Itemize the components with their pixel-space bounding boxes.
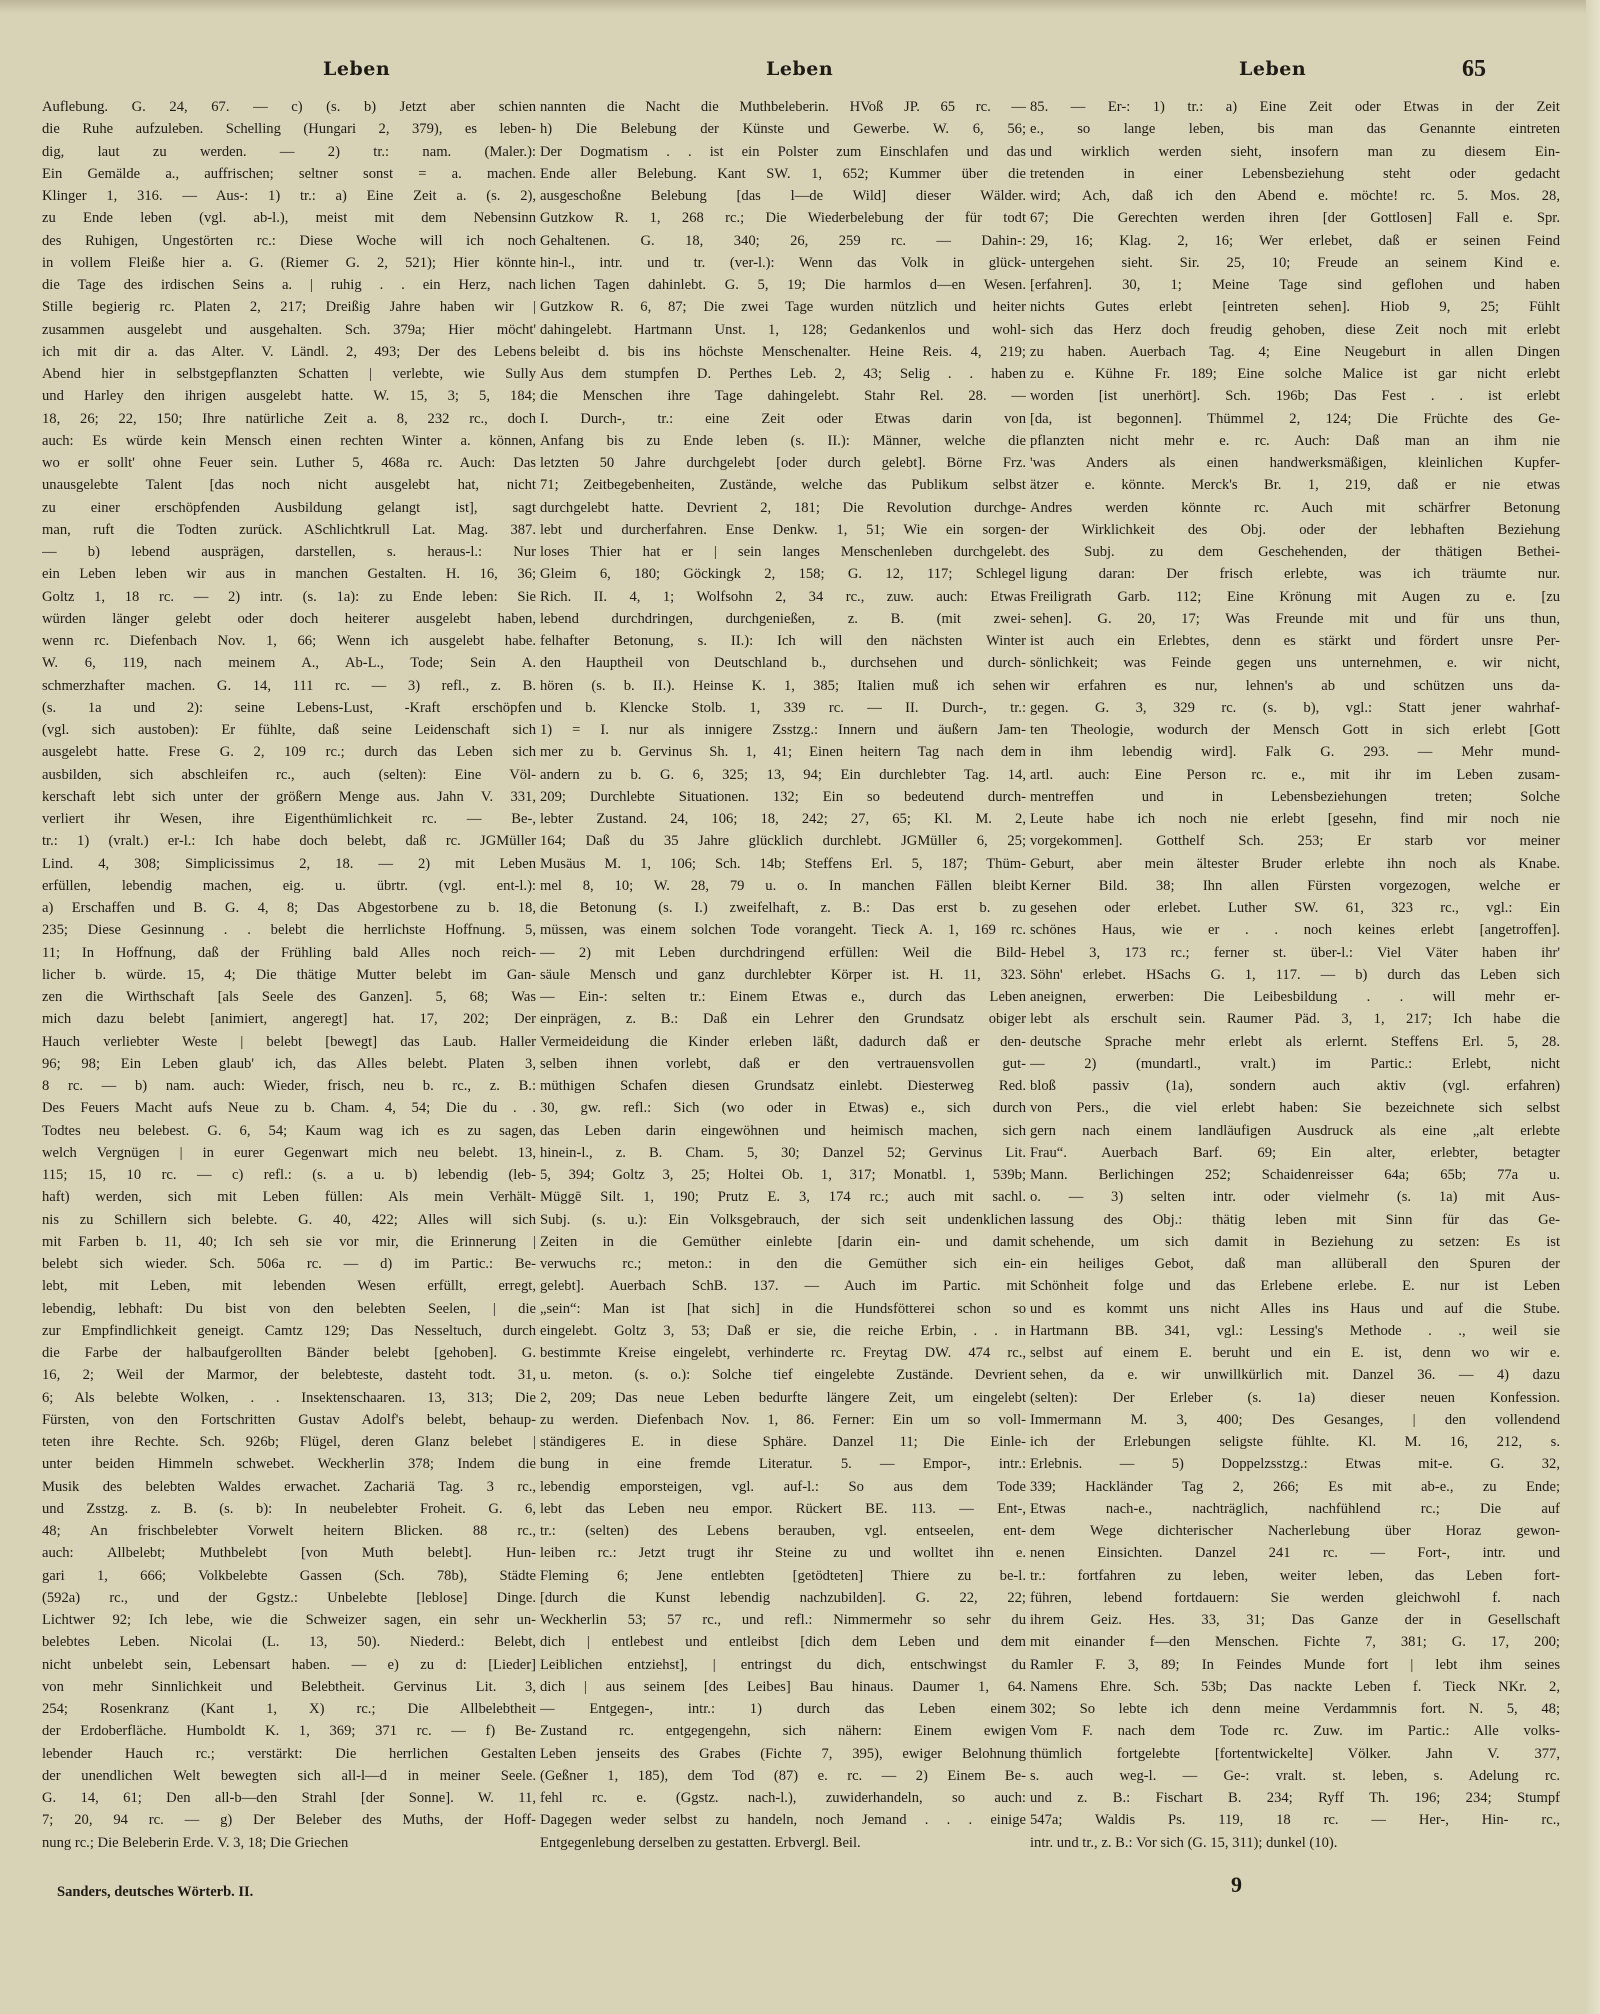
text-line: verwuchs rc.; meton.: in den die Gemüthe… bbox=[540, 1253, 1026, 1275]
text-line: 2, 209; Das neue Leben bedurfte längere … bbox=[540, 1387, 1026, 1409]
text-line: 16, 2; Weil der Marmor, der belebteste, … bbox=[42, 1364, 536, 1386]
text-line: dem Wege dichterischer Nacherlebung über… bbox=[1030, 1520, 1560, 1542]
text-line: felhafter Betonung, s. II.): Ich will de… bbox=[540, 630, 1026, 652]
text-line: hinein-l., z. B. Cham. 5, 30; Danzel 52;… bbox=[540, 1142, 1026, 1164]
text-line: ätzer e. könnte. Merck's Br. 1, 219, daß… bbox=[1030, 474, 1560, 496]
text-line: s. auch weg-l. — Ge-: vralt. st. leben, … bbox=[1030, 1765, 1560, 1787]
text-line: 18, 26; 22, 150; Ihre natürliche Zeit a.… bbox=[42, 408, 536, 430]
text-line: tretenden in einer Lebensbeziehung steht… bbox=[1030, 163, 1560, 185]
text-line: [da, ist begonnen]. Thümmel 2, 124; Die … bbox=[1030, 408, 1560, 430]
text-line: Lichtwer 92; Ich lebe, wie die Schweizer… bbox=[42, 1609, 536, 1631]
text-line: den Hauptheil von Deutschland b., durchs… bbox=[540, 652, 1026, 674]
text-line: (592a) rc., und der Ggstz.: Unbelebte [l… bbox=[42, 1587, 536, 1609]
text-line: erfüllen, lebendig machen, eig. u. übrtr… bbox=[42, 875, 536, 897]
text-line: zen die Wirthschaft [als Seele des Ganze… bbox=[42, 986, 536, 1008]
text-line: des Subj. zu dem Geschehenden, der thäti… bbox=[1030, 541, 1560, 563]
text-line: lassung des Obj.: thätig leben mit Sinn … bbox=[1030, 1209, 1560, 1231]
text-line: nannten die Nacht die Muthbeleberin. HVo… bbox=[540, 96, 1026, 118]
text-line: 235; Diese Gesinnung . . belebt die herr… bbox=[42, 919, 536, 941]
text-line: [erfahren]. 30, 1; Meine Tage sind geflo… bbox=[1030, 274, 1560, 296]
text-line: 1) = I. nur als innigere Zsstzg.: Innern… bbox=[540, 719, 1026, 741]
text-line: licher b. würde. 15, 4; Die thätige Mutt… bbox=[42, 964, 536, 986]
text-line: tr.: 1) (vralt.) er-l.: Ich habe doch be… bbox=[42, 830, 536, 852]
text-line: fehl rc. e. (Ggstz. nach-l.), zuwiderhan… bbox=[540, 1787, 1026, 1809]
text-line: Etwas nach-e., nachträglich, nachfühlend… bbox=[1030, 1498, 1560, 1520]
text-line: Ende aller Belebung. Kant SW. 1, 652; Ku… bbox=[540, 163, 1026, 185]
text-line: schmerzhafter machen. G. 14, 111 rc. — 3… bbox=[42, 675, 536, 697]
text-line: Gleim 6, 180; Göckingk 2, 158; G. 12, 11… bbox=[540, 563, 1026, 585]
text-line: bung in eine fremde Literatur. 5. — Empo… bbox=[540, 1453, 1026, 1475]
text-line: sehen, da e. wir unwillkürlich mit. Danz… bbox=[1030, 1364, 1560, 1386]
text-line: würden länger gelebt oder doch heiterer … bbox=[42, 608, 536, 630]
text-line: die Menschen ihre Tage dahingelebt. Stah… bbox=[540, 385, 1026, 407]
text-line: belebtes Leben. Nicolai (L. 13, 50). Nie… bbox=[42, 1631, 536, 1653]
text-line: mentreffen und in Lebensbeziehungen tret… bbox=[1030, 786, 1560, 808]
text-line: gesehen oder erlebet. Luther SW. 61, 323… bbox=[1030, 897, 1560, 919]
text-line: deutsche Sprache mehr erlebt als erlernt… bbox=[1030, 1031, 1560, 1053]
text-line: Frau“. Auerbach Barf. 69; Ein alter, erl… bbox=[1030, 1142, 1560, 1164]
text-line: ich der Erlebungen seligste fühlte. Kl. … bbox=[1030, 1431, 1560, 1453]
text-line: ständigeres E. in diese Sphäre. Danzel 1… bbox=[540, 1431, 1026, 1453]
text-line: der Erdoberfläche. Humboldt K. 1, 369; 3… bbox=[42, 1720, 536, 1742]
text-line: a) Erschaffen und B. G. 4, 8; Das Abgest… bbox=[42, 897, 536, 919]
text-line: belebt sich wieder. Sch. 506a rc. — d) i… bbox=[42, 1253, 536, 1275]
text-line: 96; 98; Ein Leben glaub' ich, das Alles … bbox=[42, 1053, 536, 1075]
text-line: (Geßner 1, 185), dem Tod (87) e. rc. — 2… bbox=[540, 1765, 1026, 1787]
text-line: einprägen, z. B.: Daß ein Lehrer den Gru… bbox=[540, 1008, 1026, 1030]
text-line: Subj. (s. u.): Ein Volksgebrauch, der si… bbox=[540, 1209, 1026, 1231]
text-line: verliert ihr Wesen, ihre Eigenthümlichke… bbox=[42, 808, 536, 830]
text-line: wenn rc. Diefenbach Nov. 1, 66; Wenn ich… bbox=[42, 630, 536, 652]
text-line: zu haben. Auerbach Tag. 4; Eine Neugebur… bbox=[1030, 341, 1560, 363]
text-line: und z. B.: Fischart B. 234; Ryff Th. 196… bbox=[1030, 1787, 1560, 1809]
page-number: 65 bbox=[1462, 56, 1486, 83]
text-line: Hauch verliebter Weste | belebt [bewegt]… bbox=[42, 1031, 536, 1053]
text-line: dich | aus seinem [des Leibes] Bau hinau… bbox=[540, 1676, 1026, 1698]
text-line: die Betonung (s. I.) zweifelhaft, z. B.:… bbox=[540, 897, 1026, 919]
text-line: zusammen ausgelebt und ausgehalten. Sch.… bbox=[42, 319, 536, 341]
text-line: — b) lebend ausprägen, darstellen, s. he… bbox=[42, 541, 536, 563]
text-line: sönlichkeit; was Feinde gegen uns untern… bbox=[1030, 652, 1560, 674]
text-line: gern nach einem landläufigen Ausdruck al… bbox=[1030, 1120, 1560, 1142]
text-line: Aus dem stumpfen D. Perthes Leb. 2, 43; … bbox=[540, 363, 1026, 385]
text-line: teten ihre Rechte. Sch. 926b; Flügel, de… bbox=[42, 1431, 536, 1453]
text-line: ihrem Geiz. Hes. 33, 31; Das Ganze der i… bbox=[1030, 1609, 1560, 1631]
text-line: dahingelebt. Hartmann Unst. 1, 128; Geda… bbox=[540, 319, 1026, 341]
text-line: andern zu b. G. 6, 325; 13, 94; Ein durc… bbox=[540, 764, 1026, 786]
text-line: Kerner Bild. 38; Ihn allen Fürsten vorge… bbox=[1030, 875, 1560, 897]
text-line: Gehaltenen. G. 18, 340; 26, 259 rc. — Da… bbox=[540, 230, 1026, 252]
text-line: das Leben darin eingewöhnen und heimisch… bbox=[540, 1120, 1026, 1142]
text-line: auch: Allbelebt; Muthbelebt [von Muth be… bbox=[42, 1542, 536, 1564]
text-line: sich das Herz doch freudig gehoben, dies… bbox=[1030, 319, 1560, 341]
text-line: tr.: (selten) des Lebens berauben, vgl. … bbox=[540, 1520, 1026, 1542]
text-line: mit einander f—den Menschen. Fichte 7, 3… bbox=[1030, 1631, 1560, 1653]
dictionary-column-left: Auflebung. G. 24, 67. — c) (s. b) Jetzt … bbox=[42, 96, 536, 1854]
text-line: Müggē Silt. 1, 190; Prutz E. 3, 174 rc.;… bbox=[540, 1186, 1026, 1208]
text-line: zu e. Kühne Fr. 189; Eine solche Malice … bbox=[1030, 363, 1560, 385]
text-line: Vermeideidung die Kinder erleben läßt, d… bbox=[540, 1031, 1026, 1053]
text-line: (vgl. sich austoben): Er fühlte, daß sei… bbox=[42, 719, 536, 741]
text-line: schehende, um sich damit in Beziehung zu… bbox=[1030, 1231, 1560, 1253]
text-line: thümlich fortgelebte [fortentwickelte] V… bbox=[1030, 1743, 1560, 1765]
text-line: lebt das Leben neu empor. Rückert BE. 11… bbox=[540, 1498, 1026, 1520]
text-line: in ihm lebendig wird]. Falk G. 293. — Me… bbox=[1030, 741, 1560, 763]
text-line: zu einer erschöpfenden Ausbildung gelang… bbox=[42, 497, 536, 519]
text-line: eingelebt. Goltz 3, 53; Daß er sie, die … bbox=[540, 1320, 1026, 1342]
text-line: Rich. II. 4, 1; Wolfsohn 2, 34 rc., zuw.… bbox=[540, 586, 1026, 608]
text-line: Immermann M. 3, 400; Des Gesanges, | den… bbox=[1030, 1409, 1560, 1431]
text-line: müthigen Schafen diesen Grundsatz einleb… bbox=[540, 1075, 1026, 1097]
text-line: von mehr Sinnlichkeit und Belebtheit. Ge… bbox=[42, 1676, 536, 1698]
text-line: ein Leben leben wir aus in manchen Gesta… bbox=[42, 563, 536, 585]
text-line: bloß passiv (1a), sondern auch aktiv (vg… bbox=[1030, 1075, 1560, 1097]
text-line: Zeiten in die Gemüther einlebte [darin e… bbox=[540, 1231, 1026, 1253]
text-line: und Zsstzg. z. B. (s. b): In neubelebter… bbox=[42, 1498, 536, 1520]
text-line: Andres werden könnte rc. Auch mit schärf… bbox=[1030, 497, 1560, 519]
text-line: aneignen, erwerben: Die Leibesbildung . … bbox=[1030, 986, 1560, 1008]
text-line: unausgelebte Talent [das noch nicht ausg… bbox=[42, 474, 536, 496]
text-line: 6; Als belebte Wolken, . . Insektenschaa… bbox=[42, 1387, 536, 1409]
text-line: und es kommt uns nicht Alles ins Haus un… bbox=[1030, 1298, 1560, 1320]
text-line: Anfang bis zu Ende leben (s. II.): Männe… bbox=[540, 430, 1026, 452]
text-line: lebter Zustand. 24, 106; 18, 242; 27, 65… bbox=[540, 808, 1026, 830]
text-line: e., so lange leben, bis man das Genannte… bbox=[1030, 118, 1560, 140]
page-edge-shadow-top bbox=[0, 0, 1600, 14]
text-line: vorgekommen]. Gotthelf Sch. 253; Er star… bbox=[1030, 830, 1560, 852]
text-line: h) Die Belebung der Künste und Gewerbe. … bbox=[540, 118, 1026, 140]
text-line: ausgelebt hatte. Frese G. 2, 109 rc.; du… bbox=[42, 741, 536, 763]
text-line: intr. und tr., z. B.: Vor sich (G. 15, 3… bbox=[1030, 1832, 1560, 1854]
text-line: loses Thier hat er | sein langes Mensche… bbox=[540, 541, 1026, 563]
text-line: Lind. 4, 308; Simplicissimus 2, 18. — 2)… bbox=[42, 853, 536, 875]
text-line: lebendig, lebhaft: Du bist von den beleb… bbox=[42, 1298, 536, 1320]
text-line: Fürsten, von den Fortschritten Gustav Ad… bbox=[42, 1409, 536, 1431]
text-line: 85. — Er-: 1) tr.: a) Eine Zeit oder Etw… bbox=[1030, 96, 1560, 118]
dictionary-column-middle: nannten die Nacht die Muthbeleberin. HVo… bbox=[540, 96, 1026, 1854]
text-line: 302; So lebte ich denn meine Verdammnis … bbox=[1030, 1698, 1560, 1720]
text-line: auch: Es würde kein Mensch einen rechten… bbox=[42, 430, 536, 452]
text-line: säule Mensch und ganz durchlebter Körper… bbox=[540, 964, 1026, 986]
text-line: nung rc.; Die Beleberin Erde. V. 3, 18; … bbox=[42, 1832, 536, 1854]
text-line: ten Theologie, wodurch der Mensch Gott i… bbox=[1030, 719, 1560, 741]
text-line: Ramler F. 3, 89; In Feindes Munde fort |… bbox=[1030, 1654, 1560, 1676]
text-line: Namens Ehre. Sch. 53b; Das nackte Leben … bbox=[1030, 1676, 1560, 1698]
text-line: ausgeschoßne Belebung [das l—de Wild] di… bbox=[540, 185, 1026, 207]
dictionary-column-right: 85. — Er-: 1) tr.: a) Eine Zeit oder Etw… bbox=[1030, 96, 1560, 1854]
text-line: Mann. Berlichingen 252; Schaidenreisser … bbox=[1030, 1164, 1560, 1186]
text-line: Hebel 3, 173 rc.; ferner st. über-l.: Vi… bbox=[1030, 942, 1560, 964]
text-line: 547a; Waldis Ps. 119, 18 rc. — Her-, Hin… bbox=[1030, 1809, 1560, 1831]
text-line: G. 14, 61; Den all-b—den Strahl [der Son… bbox=[42, 1787, 536, 1809]
text-line: mich dazu belebt [animiert, angeregt] ha… bbox=[42, 1008, 536, 1030]
text-line: mit Farben b. 11, 40; Ich seh sie vor mi… bbox=[42, 1231, 536, 1253]
text-line: Leute habe ich noch nie erlebt [gesehn, … bbox=[1030, 808, 1560, 830]
text-line: I. Durch-, tr.: eine Zeit oder Etwas dar… bbox=[540, 408, 1026, 430]
text-line: 71; Zeitbegebenheiten, Zustände, welche … bbox=[540, 474, 1026, 496]
text-line: und wirklich werden sieht, insofern man … bbox=[1030, 141, 1560, 163]
text-line: 67; Die Gerechten werden ihren [der Gott… bbox=[1030, 207, 1560, 229]
text-line: lebend durchdringen, durchgenießen, z. B… bbox=[540, 608, 1026, 630]
running-head-left: Leben bbox=[323, 58, 390, 80]
text-line: 29, 16; Klag. 2, 16; Wer erlebet, daß er… bbox=[1030, 230, 1560, 252]
text-line: 11; In Hoffnung, daß der Frühling bald A… bbox=[42, 942, 536, 964]
text-line: Schönheit folge und das Erlebene erlebe.… bbox=[1030, 1275, 1560, 1297]
text-line: lebender Hauch rc.; verstärkt: Die herrl… bbox=[42, 1743, 536, 1765]
text-line: sehen]. G. 20, 17; Was Freunde mit und f… bbox=[1030, 608, 1560, 630]
text-line: zu Ende leben (vgl. ab-l.), meist mit de… bbox=[42, 207, 536, 229]
text-line: (selten): Der Erleber (s. 1a) dieser neu… bbox=[1030, 1387, 1560, 1409]
text-line: Freiligrath Garb. 112; Eine Krönung mit … bbox=[1030, 586, 1560, 608]
text-line: Geburt, aber mein ältester Bruder erlebt… bbox=[1030, 853, 1560, 875]
text-line: mer zu b. Gervinus Sh. 1, 41; Einen heit… bbox=[540, 741, 1026, 763]
text-line: Entgegenlebung derselben zu gestatten. E… bbox=[540, 1832, 1026, 1854]
text-line: man, ruft die Todten zurück. ASchlichtkr… bbox=[42, 519, 536, 541]
running-head-right: Leben bbox=[1239, 58, 1306, 80]
text-line: haft) werden, sich mit Leben füllen: Als… bbox=[42, 1186, 536, 1208]
text-line: Musik des belebten Waldes erwachet. Zach… bbox=[42, 1476, 536, 1498]
text-line: Hartmann BB. 341, vgl.: Lessing's Method… bbox=[1030, 1320, 1560, 1342]
text-line: gelebt]. Auerbach SchB. 137. — Auch im P… bbox=[540, 1275, 1026, 1297]
text-line: schönes Haus, wie er . . noch keines erl… bbox=[1030, 919, 1560, 941]
text-line: — Ein-: selten tr.: Einem Etwas e., durc… bbox=[540, 986, 1026, 1008]
text-line: zur Empfindlichkeit geneigt. Camtz 129; … bbox=[42, 1320, 536, 1342]
text-line: u. meton. (s. o.): Solche tief eingelebt… bbox=[540, 1364, 1026, 1386]
text-line: selben ihnen vorlebt, daß er den vertrau… bbox=[540, 1053, 1026, 1075]
text-line: mel 8, 10; W. 28, 79 u. o. In manchen Fä… bbox=[540, 875, 1026, 897]
text-line: müssen, was einem solchen Tode vorangeht… bbox=[540, 919, 1026, 941]
page-edge-shadow-right bbox=[1586, 0, 1600, 2014]
text-line: leiben rc.: Jetzt trugt ihr Steine zu un… bbox=[540, 1542, 1026, 1564]
text-line: Weckherlin 53; 57 rc., und refl.: Nimmer… bbox=[540, 1609, 1026, 1631]
text-line: 164; Daß du 35 Jahre glücklich durchlebt… bbox=[540, 830, 1026, 852]
text-line: Söhn' erlebet. HSachs G. 1, 117. — b) du… bbox=[1030, 964, 1560, 986]
text-line: Dagegen weder selbst zu handeln, noch Je… bbox=[540, 1809, 1026, 1831]
text-line: Todtes neu belebest. G. 6, 54; Kaum wag … bbox=[42, 1120, 536, 1142]
text-line: dich | entlebest und entleibst [dich dem… bbox=[540, 1631, 1026, 1653]
text-line: Gutzkow R. 1, 268 rc.; Die Wiederbelebun… bbox=[540, 207, 1026, 229]
text-line: wir erfahren es nur, lehnen's ab und sch… bbox=[1030, 675, 1560, 697]
text-line: die Ruhe aufzuleben. Schelling (Hungari … bbox=[42, 118, 536, 140]
text-line: 7; 20, 94 rc. — g) Der Beleber des Muths… bbox=[42, 1809, 536, 1831]
text-line: zu werden. Diefenbach Nov. 1, 86. Ferner… bbox=[540, 1409, 1026, 1431]
text-line: führen, lebend fortdauern: Sie werden gl… bbox=[1030, 1587, 1560, 1609]
text-line: nicht unbelebt sein, Lebensart haben. — … bbox=[42, 1654, 536, 1676]
text-line: lebendig emporsteigen, vgl. auf-l.: So a… bbox=[540, 1476, 1026, 1498]
text-line: Des Feuers Macht aufs Neue zu b. Cham. 4… bbox=[42, 1097, 536, 1119]
text-line: Goltz 1, 18 rc. — 2) intr. (s. 1a): zu E… bbox=[42, 586, 536, 608]
text-line: welch Vergnügen | in eurer Gegenwart mic… bbox=[42, 1142, 536, 1164]
text-line: 339; Hackländer Tag 2, 266; Es mit ab-e.… bbox=[1030, 1476, 1560, 1498]
text-line: W. 6, 119, nach meinem A., Ab-L., Tode; … bbox=[42, 652, 536, 674]
text-line: tr.: fortfahren zu leben, weiter leben, … bbox=[1030, 1565, 1560, 1587]
text-line: ist auch ein Erlebtes, denn es stärkt un… bbox=[1030, 630, 1560, 652]
text-line: nis zu Schillern sich belebte. G. 40, 42… bbox=[42, 1209, 536, 1231]
text-line: Auflebung. G. 24, 67. — c) (s. b) Jetzt … bbox=[42, 96, 536, 118]
text-line: 48; An frischbelebter Vorwelt heitern Bl… bbox=[42, 1520, 536, 1542]
text-line: Erlebnis. — 5) Doppelzsstzg.: Etwas mit-… bbox=[1030, 1453, 1560, 1475]
text-line: und Harley den ihrigen ausgelebt hatte. … bbox=[42, 385, 536, 407]
text-line: pflanzten nicht mehr e. rc. Auch: Daß ma… bbox=[1030, 430, 1560, 452]
text-line: die Tage des irdischen Seins a. | ruhig … bbox=[42, 274, 536, 296]
text-line: Ein Gemälde a., auffrischen; seltner son… bbox=[42, 163, 536, 185]
text-line: ligung daran: Der frisch erlebte, was ic… bbox=[1030, 563, 1560, 585]
text-line: gegen. G. 3, 329 rc. (s. b), vgl.: Statt… bbox=[1030, 697, 1560, 719]
text-line: 254; Rosenkranz (Kant 1, X) rc.; Die All… bbox=[42, 1698, 536, 1720]
text-line: von Pers., die viel erlebt haben: Sie be… bbox=[1030, 1097, 1560, 1119]
text-line: ich mit dir a. das Alter. V. Ländl. 2, 4… bbox=[42, 341, 536, 363]
text-line: — 2) mit Leben durchdringend erfüllen: W… bbox=[540, 942, 1026, 964]
text-line: Leiblichen entziehst], | entringst du di… bbox=[540, 1654, 1026, 1676]
text-line: artl. auch: Eine Person rc. e., mit ihr … bbox=[1030, 764, 1560, 786]
text-line: selbst auf einem E. beruht und ein E. is… bbox=[1030, 1342, 1560, 1364]
text-line: lebt und durcherfahren. Ense Denkw. 1, 5… bbox=[540, 519, 1026, 541]
text-line: hören (s. b. II.). Heinse K. 1, 385; Ita… bbox=[540, 675, 1026, 697]
text-line: Klinger 1, 316. — Aus-: 1) tr.: a) Eine … bbox=[42, 185, 536, 207]
text-line: letzten 50 Jahre durchgelebt [oder durch… bbox=[540, 452, 1026, 474]
text-line: und b. Klencke Stolb. 1, 339 rc. — II. D… bbox=[540, 697, 1026, 719]
text-line: des Ruhigen, Ungestörten rc.: Diese Woch… bbox=[42, 230, 536, 252]
text-line: Leben jenseits des Grabes (Fichte 7, 395… bbox=[540, 1743, 1026, 1765]
text-line: kerschaft lebt sich unter der größern Me… bbox=[42, 786, 536, 808]
text-line: Fleming 6; Jene entlebten [getödteten] T… bbox=[540, 1565, 1026, 1587]
text-line: 'was Anders als einen handwerksmäßigen, … bbox=[1030, 452, 1560, 474]
text-line: [durch die Kunst lebendig nachzubilden].… bbox=[540, 1587, 1026, 1609]
text-line: 5, 394; Goltz 3, 25; Holtei Ob. 1, 317; … bbox=[540, 1164, 1026, 1186]
text-line: der Wirklichkeit des Obj. oder der lebha… bbox=[1030, 519, 1560, 541]
text-line: — 2) (mundartl., vralt.) im Partic.: Erl… bbox=[1030, 1053, 1560, 1075]
text-line: „sein“: Man ist [hat sich] in die Hundsf… bbox=[540, 1298, 1026, 1320]
text-line: lichen Tagen dahinlebt. G. 5, 19; Die ha… bbox=[540, 274, 1026, 296]
text-line: Stille begierig rc. Platen 2, 217; Dreiß… bbox=[42, 296, 536, 318]
text-line: bestimmte Kreise eingelebt, verhinderte … bbox=[540, 1342, 1026, 1364]
text-line: lebt als erschult sein. Raumer Päd. 3, 1… bbox=[1030, 1008, 1560, 1030]
text-line: dig, laut zu werden. — 2) tr.: nam. (Mal… bbox=[42, 141, 536, 163]
signature-mark: 9 bbox=[1231, 1872, 1242, 1898]
text-line: hin-l., intr. und tr. (ver-l.): Wenn das… bbox=[540, 252, 1026, 274]
text-line: Gutzkow R. 6, 87; Die zwei Tage wurden n… bbox=[540, 296, 1026, 318]
text-line: 209; Durchlebte Situationen. 132; Ein so… bbox=[540, 786, 1026, 808]
text-line: nichts Gutes erlebt [eintreten sehen]. H… bbox=[1030, 296, 1560, 318]
text-line: der unendlichen Welt bewegten sich all-l… bbox=[42, 1765, 536, 1787]
text-line: Der Dogmatism . . ist ein Polster zum Ei… bbox=[540, 141, 1026, 163]
text-line: gari 1, 666; Volkbelebte Gassen (Sch. 78… bbox=[42, 1565, 536, 1587]
text-line: lebt, mit Leben, mit lebenden Wesen erfü… bbox=[42, 1275, 536, 1297]
text-line: worden [ist unerhört]. Sch. 196b; Das Fe… bbox=[1030, 385, 1560, 407]
text-line: Musäus M. 1, 106; Sch. 14b; Steffens Erl… bbox=[540, 853, 1026, 875]
running-head-middle: Leben bbox=[766, 58, 833, 80]
text-line: nenen Einsichten. Danzel 241 rc. — Fort-… bbox=[1030, 1542, 1560, 1564]
text-line: unter beiden Himmeln schwebet. Weckherli… bbox=[42, 1453, 536, 1475]
text-line: 30, gw. refl.: Sich (wo oder in Etwas) e… bbox=[540, 1097, 1026, 1119]
text-line: untergehen sieht. Sir. 25, 10; Freude an… bbox=[1030, 252, 1560, 274]
text-line: wird; Ach, daß ich den Abend e. möchte! … bbox=[1030, 185, 1560, 207]
text-line: 8 rc. — b) nam. auch: Wieder, frisch, ne… bbox=[42, 1075, 536, 1097]
text-line: (s. 1a und 2): seine Lebens-Lust, -Kraft… bbox=[42, 697, 536, 719]
text-line: o. — 3) selten intr. oder vielmehr (s. 1… bbox=[1030, 1186, 1560, 1208]
text-line: Abend hier in selbstgepflanzten Schatten… bbox=[42, 363, 536, 385]
text-line: beleibt d. bis ins höchste Menschenalter… bbox=[540, 341, 1026, 363]
text-line: Zustand rc. entgegengehn, sich nähern: E… bbox=[540, 1720, 1026, 1742]
text-line: durchgelebt hatte. Devrient 2, 181; Die … bbox=[540, 497, 1026, 519]
text-line: — Entgegen-, intr.: 1) durch das Leben e… bbox=[540, 1698, 1026, 1720]
imprint-footer: Sanders, deutsches Wörterb. II. bbox=[57, 1884, 253, 1901]
text-line: 115; 15, 10 rc. — c) refl.: (s. a u. b) … bbox=[42, 1164, 536, 1186]
text-line: wo er sollt' ohne Feuer sein. Luther 5, … bbox=[42, 452, 536, 474]
text-line: in vollem Fleiße hier a. G. (Riemer G. 2… bbox=[42, 252, 536, 274]
text-line: die Farbe der halbaufgerollten Bänder be… bbox=[42, 1342, 536, 1364]
text-line: ausbilden, sich abschleifen rc., auch (s… bbox=[42, 764, 536, 786]
text-line: ein heiliges Gebot, daß man allüberall d… bbox=[1030, 1253, 1560, 1275]
text-line: Vom F. nach dem Tode rc. Zuw. im Partic.… bbox=[1030, 1720, 1560, 1742]
